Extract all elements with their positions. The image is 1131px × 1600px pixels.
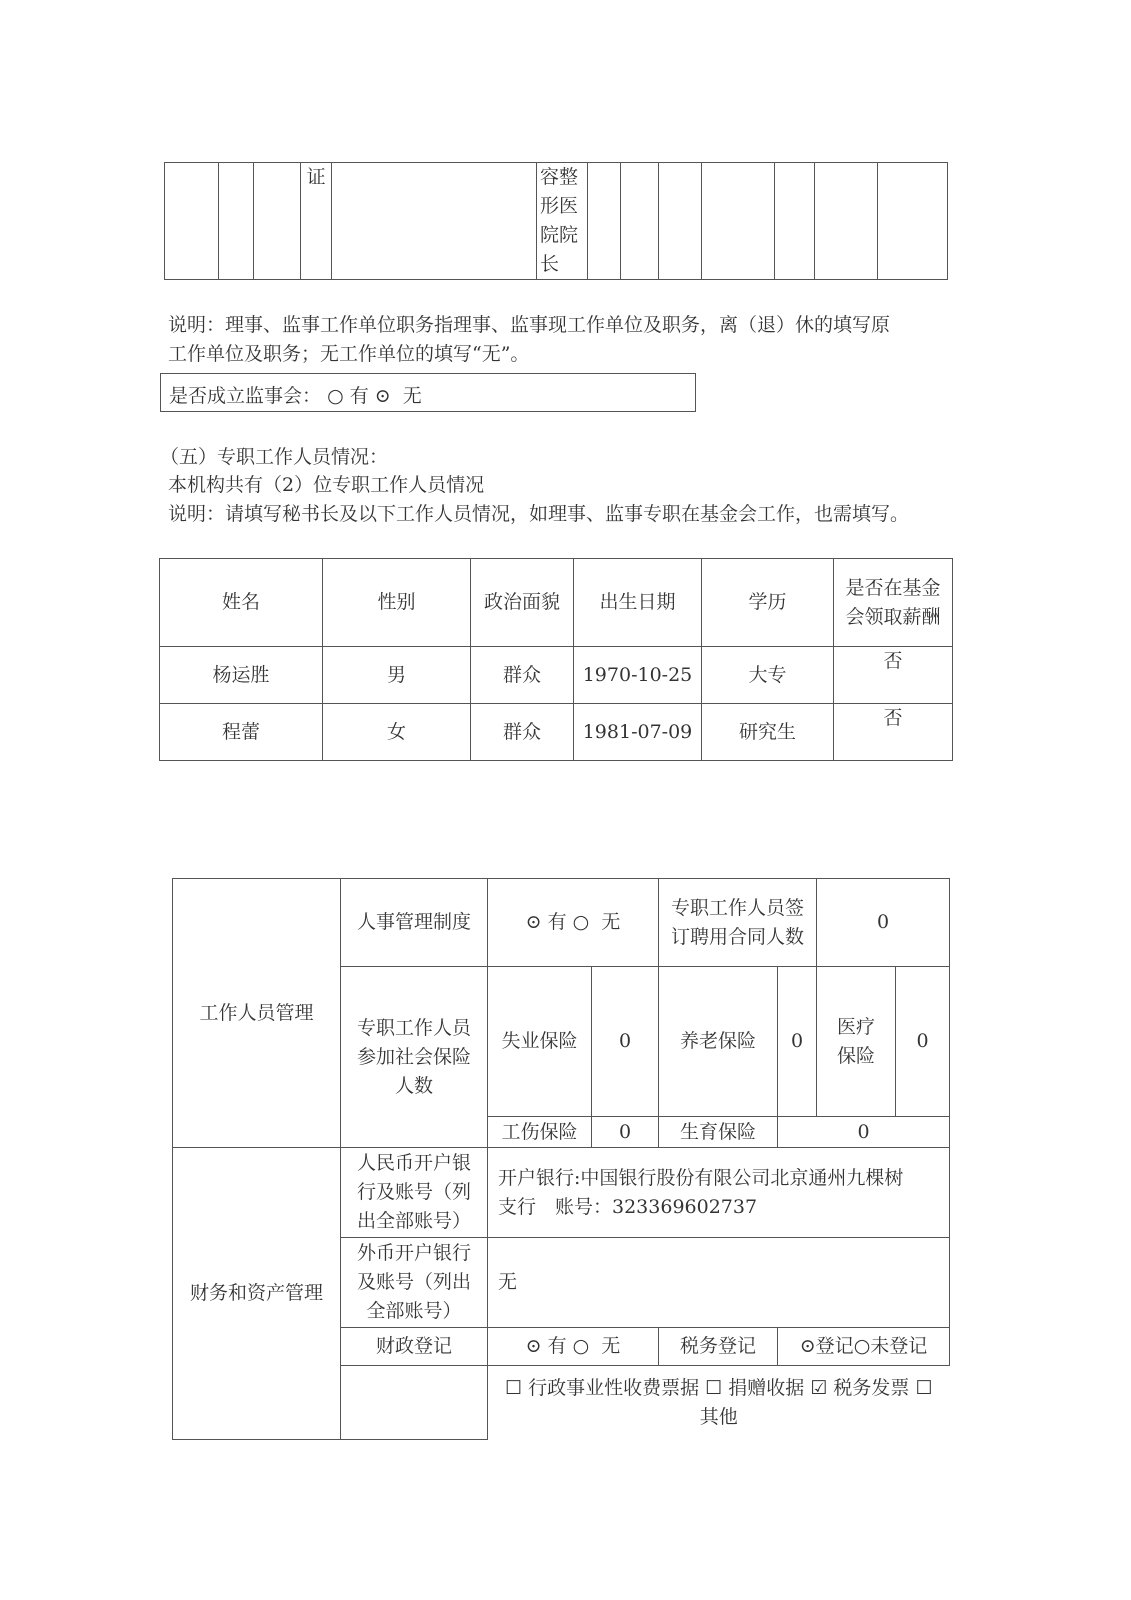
cell-name: 杨运胜	[160, 647, 323, 704]
fiscal-label: 财政登记	[341, 1328, 488, 1366]
radio-checked-icon[interactable]: ⊙	[800, 1335, 816, 1357]
cell-birthdate: 1981-07-09	[574, 704, 702, 761]
management-table: 工作人员管理 人事管理制度 ⊙ 有 ○ 无 专职工作人员签订聘用合同人数 0 专…	[172, 878, 950, 1440]
section-note: 说明：请填写秘书长及以下工作人员情况，如理事、监事专职在基金会工作，也需填写。	[168, 500, 909, 529]
finance-label: 财务和资产管理	[173, 1148, 341, 1440]
cell-cert: 证	[301, 163, 332, 280]
directors-table-fragment: 证 容整 形医 院院 长	[164, 162, 948, 280]
cell	[621, 163, 659, 280]
hr-system-radio: ⊙ 有 ○ 无	[488, 879, 659, 967]
cell-position: 容整 形医 院院 长	[537, 163, 588, 280]
radio-checked-icon[interactable]: ⊙	[375, 385, 391, 407]
checkbox-unchecked-icon[interactable]: ☐	[505, 1377, 522, 1399]
tax-label: 税务登记	[659, 1328, 778, 1366]
rmb-account-label: 人民币开户银行及账号（列出全部账号）	[341, 1148, 488, 1238]
table-row: 程蕾 女 群众 1981-07-09 研究生 否	[160, 704, 953, 761]
staff-mgmt-label: 工作人员管理	[173, 879, 341, 1148]
section-title: （五）专职工作人员情况：	[160, 443, 388, 472]
fx-account-value: 无	[488, 1238, 950, 1328]
radio-unchecked-icon[interactable]: ○	[854, 1335, 871, 1357]
checkbox-unchecked-icon[interactable]: ☐	[915, 1377, 932, 1399]
cell	[219, 163, 254, 280]
cell	[814, 163, 878, 280]
fx-account-label: 外币开户银行及账号（列出全部账号）	[341, 1238, 488, 1328]
note-line-1: 说明：理事、监事工作单位职务指理事、监事现工作单位及职务，离（退）休的填写原	[168, 311, 890, 340]
injury-value: 0	[592, 1117, 659, 1148]
medical-value: 0	[896, 967, 950, 1117]
header-salary: 是否在基金会领取薪酬	[834, 559, 953, 647]
radio-unchecked-icon[interactable]: ○	[573, 1335, 590, 1357]
injury-label: 工伤保险	[488, 1117, 592, 1148]
cell	[774, 163, 814, 280]
cell	[332, 163, 537, 280]
rmb-account-value: 开户银行:中国银行股份有限公司北京通州九棵树 支行 账号：32336960273…	[488, 1148, 950, 1238]
checkbox-checked-icon[interactable]: ☑	[810, 1377, 827, 1399]
option-no: 无	[403, 385, 422, 407]
receipts-label	[341, 1366, 488, 1440]
cell-salary: 否	[834, 647, 953, 704]
cell-education: 研究生	[702, 704, 834, 761]
insurance-label: 专职工作人员参加社会保险人数	[341, 967, 488, 1148]
cell	[658, 163, 701, 280]
staff-count-line: 本机构共有（2）位专职工作人员情况	[168, 471, 484, 500]
cell-political: 群众	[471, 647, 574, 704]
header-birthdate: 出生日期	[574, 559, 702, 647]
cell-salary: 否	[834, 704, 953, 761]
medical-label: 医疗保险	[817, 967, 896, 1117]
supervisory-board-label: 是否成立监事会：	[169, 385, 321, 407]
unemployment-label: 失业保险	[488, 967, 592, 1117]
hr-system-label: 人事管理制度	[341, 879, 488, 967]
cell	[878, 163, 948, 280]
radio-checked-icon[interactable]: ⊙	[526, 1335, 542, 1357]
cell-gender: 女	[323, 704, 471, 761]
contract-count: 0	[817, 879, 950, 967]
radio-checked-icon[interactable]: ⊙	[526, 911, 542, 933]
pension-label: 养老保险	[659, 967, 778, 1117]
cell-name: 程蕾	[160, 704, 323, 761]
supervisory-board-box: 是否成立监事会： ○ 有 ⊙ 无	[160, 373, 696, 412]
option-yes: 有	[350, 385, 369, 407]
header-name: 姓名	[160, 559, 323, 647]
note-line-2: 工作单位及职务；无工作单位的填写“无”。	[168, 340, 529, 369]
cell	[165, 163, 219, 280]
table-row: 杨运胜 男 群众 1970-10-25 大专 否	[160, 647, 953, 704]
cell-education: 大专	[702, 647, 834, 704]
maternity-value: 0	[778, 1117, 950, 1148]
cell-gender: 男	[323, 647, 471, 704]
cell-birthdate: 1970-10-25	[574, 647, 702, 704]
cell	[701, 163, 774, 280]
header-political: 政治面貌	[471, 559, 574, 647]
tax-radio: ⊙登记○未登记	[778, 1328, 950, 1366]
fiscal-radio: ⊙ 有 ○ 无	[488, 1328, 659, 1366]
pension-value: 0	[778, 967, 817, 1117]
maternity-label: 生育保险	[659, 1117, 778, 1148]
contract-label: 专职工作人员签订聘用合同人数	[659, 879, 817, 967]
cell	[254, 163, 301, 280]
header-gender: 性别	[323, 559, 471, 647]
radio-unchecked-icon[interactable]: ○	[573, 911, 590, 933]
radio-unchecked-icon[interactable]: ○	[327, 385, 344, 407]
cell	[588, 163, 621, 280]
staff-table: 姓名 性别 政治面貌 出生日期 学历 是否在基金会领取薪酬 杨运胜 男 群众 1…	[159, 558, 953, 761]
cell-political: 群众	[471, 704, 574, 761]
checkbox-unchecked-icon[interactable]: ☐	[705, 1377, 722, 1399]
header-education: 学历	[702, 559, 834, 647]
unemployment-value: 0	[592, 967, 659, 1117]
receipts-options: ☐ 行政事业性收费票据 ☐ 捐赠收据 ☑ 税务发票 ☐ 其他	[488, 1366, 950, 1440]
